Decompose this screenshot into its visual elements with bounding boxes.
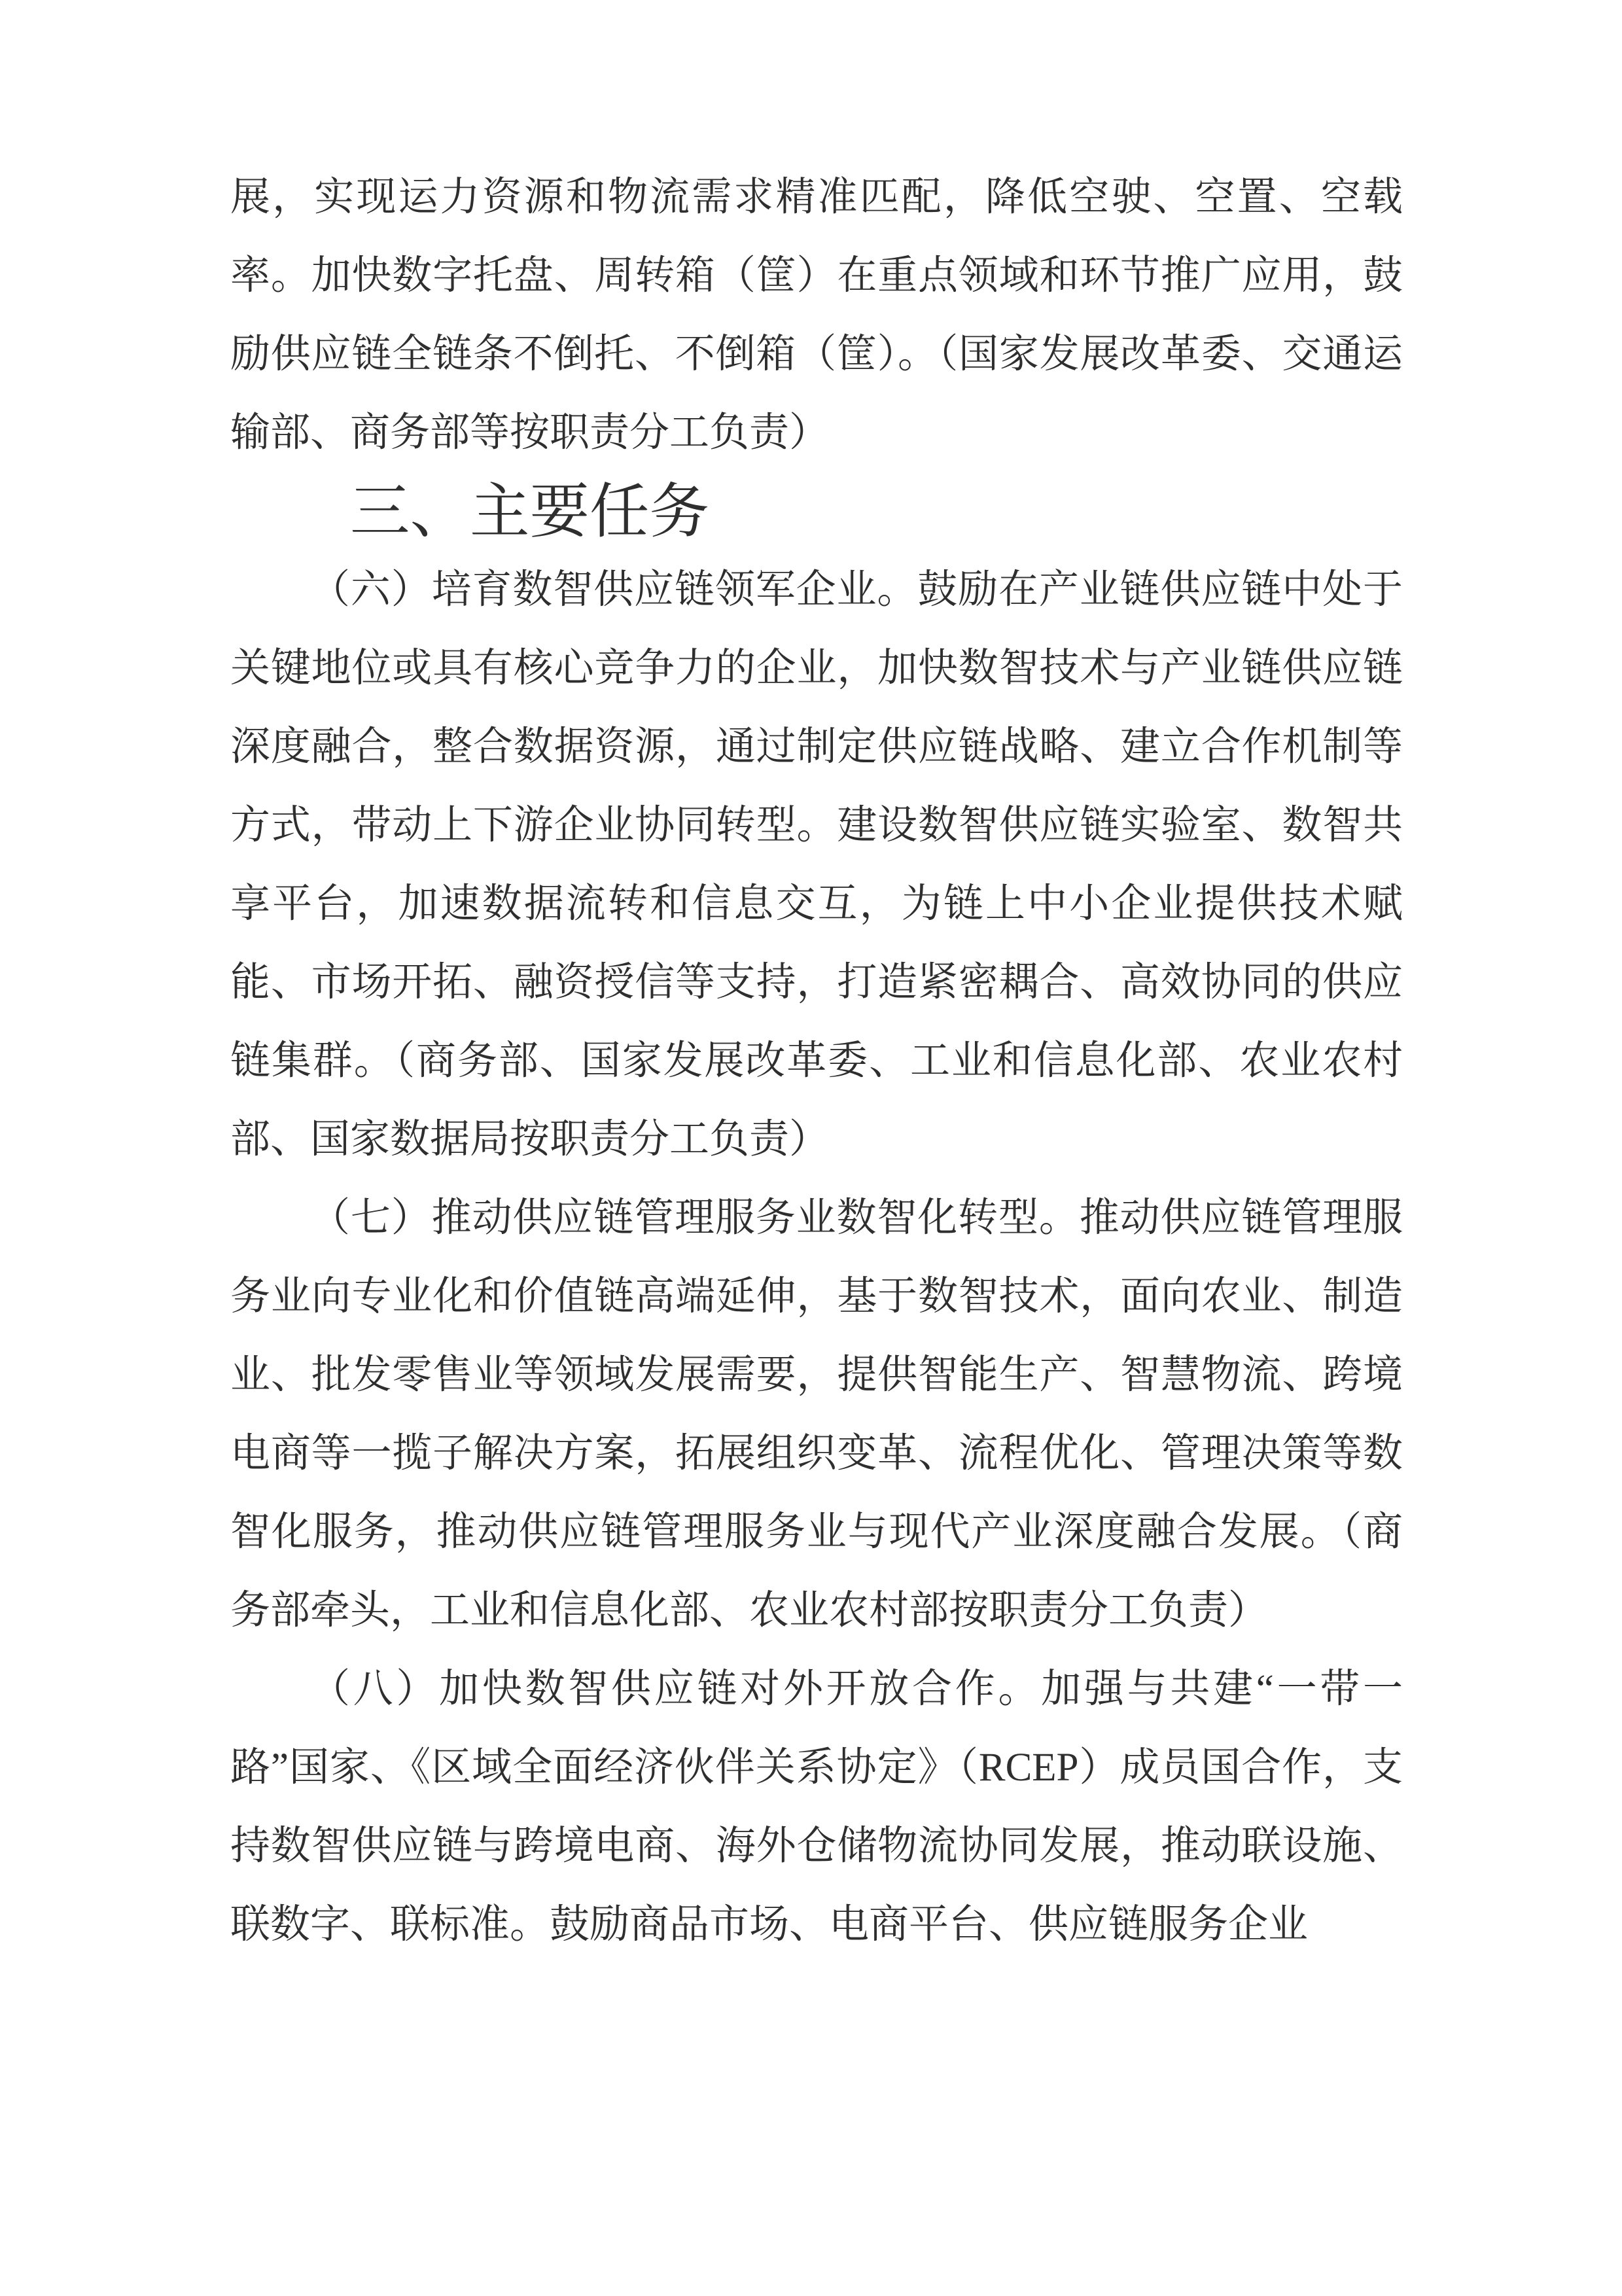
paragraph-task-8-opening-cooperation: （八）加快数智供应链对外开放合作。加强与共建“一带一路”国家、《区域全面经济伙伴… — [230, 1650, 1403, 1964]
document-body: 展，实现运力资源和物流需求精准匹配，降低空驶、空置、空载率。加快数字托盘、周转箱… — [230, 158, 1403, 1964]
paragraph-task-7-management-services: （七）推动供应链管理服务业数智化转型。推动供应链管理服务业向专业化和价值链高端延… — [230, 1179, 1403, 1650]
document-page: 展，实现运力资源和物流需求精准匹配，降低空驶、空置、空载率。加快数字托盘、周转箱… — [0, 0, 1622, 2296]
paragraph-logistics-continuation: 展，实现运力资源和物流需求精准匹配，降低空驶、空置、空载率。加快数字托盘、周转箱… — [230, 158, 1403, 472]
section-heading-main-tasks: 三、主要任务 — [230, 472, 1403, 551]
paragraph-task-6-leading-enterprises: （六）培育数智供应链领军企业。鼓励在产业链供应链中处于关键地位或具有核心竞争力的… — [230, 551, 1403, 1179]
